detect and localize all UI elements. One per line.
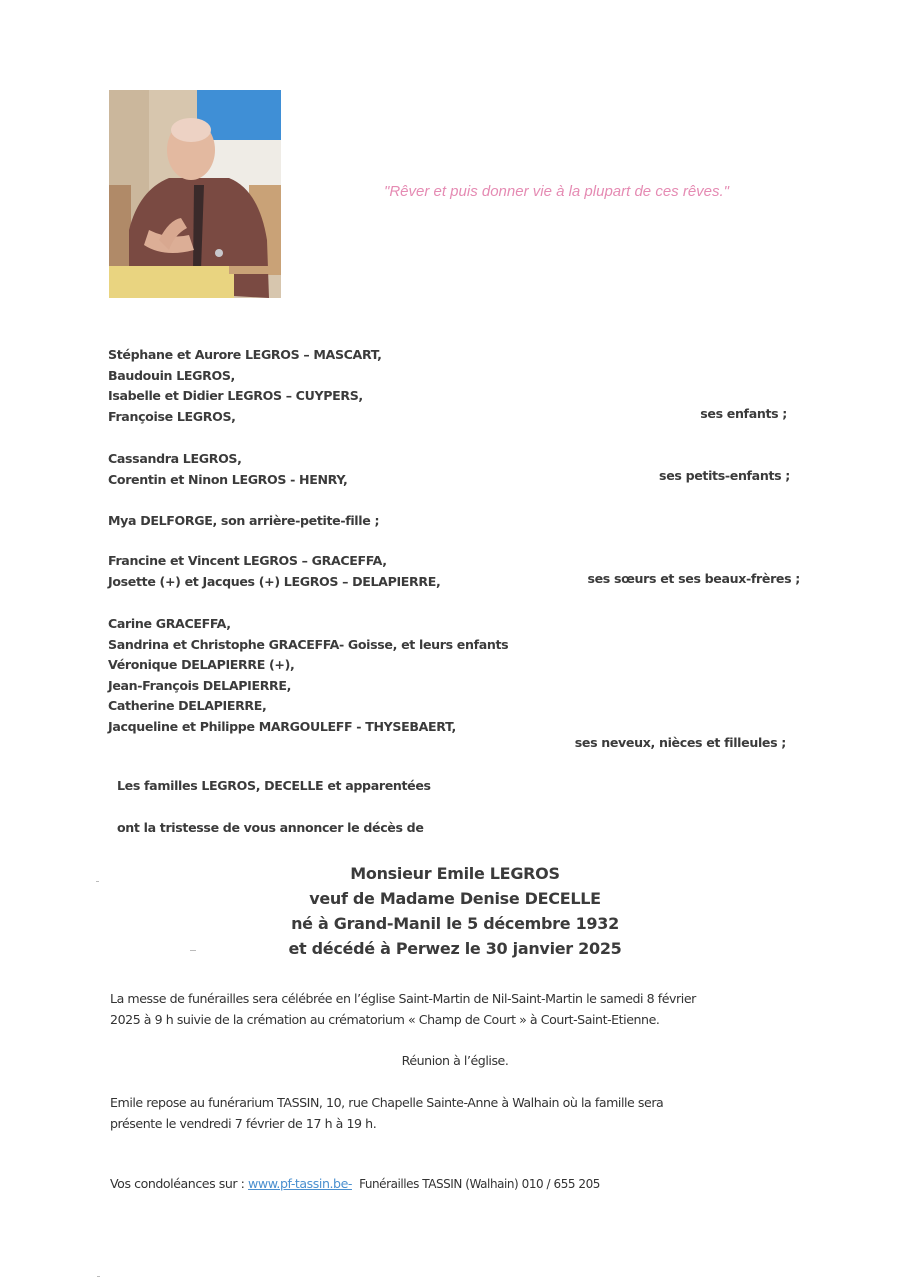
families-line: Les familles LEGROS, DECELLE et apparent… [117,776,431,797]
family-group-grandchildren: Cassandra LEGROS, Corentin et Ninon LEGR… [108,449,347,490]
family-name-line: Carine GRACEFFA, [108,614,508,635]
visitation-line: présente le vendredi 7 février de 17 h à… [110,1113,663,1134]
family-group-siblings: Francine et Vincent LEGROS – GRACEFFA, J… [108,551,440,592]
family-name-line: Francine et Vincent LEGROS – GRACEFFA, [108,551,440,572]
announcement-line: ont la tristesse de vous annoncer le déc… [117,818,424,839]
reunion-note: Réunion à l’église. [300,1050,610,1071]
family-group-children: Stéphane et Aurore LEGROS – MASCART, Bau… [108,345,382,427]
family-name-line: Mya DELFORGE, son arrière-petite-fille ; [108,511,379,532]
scan-speck [190,950,196,951]
visitation-line: Emile repose au funérarium TASSIN, 10, r… [110,1092,663,1113]
relation-siblings: ses sœurs et ses beaux-frères ; [560,569,800,590]
condolences-line: Vos condoléances sur : www.pf-tassin.be-… [110,1173,600,1195]
family-name-line: Jean-François DELAPIERRE, [108,676,508,697]
funeral-details: La messe de funérailles sera célébrée en… [110,988,696,1030]
family-name-line: Jacqueline et Philippe MARGOULEFF - THYS… [108,717,508,738]
portrait-photo-icon [109,90,281,298]
deceased-spouse: veuf de Madame Denise DECELLE [230,886,680,911]
family-name-line: Isabelle et Didier LEGROS – CUYPERS, [108,386,382,407]
family-name-line: Françoise LEGROS, [108,407,382,428]
condolences-link[interactable]: www.pf-tassin.be- [248,1176,352,1191]
deceased-block: Monsieur Emile LEGROS veuf de Madame Den… [230,861,680,961]
relation-nephews-nieces: ses neveux, nièces et filleules ; [540,733,786,754]
family-name-line: Stéphane et Aurore LEGROS – MASCART, [108,345,382,366]
relation-grandchildren: ses petits-enfants ; [600,466,790,487]
visitation-details: Emile repose au funérarium TASSIN, 10, r… [110,1092,663,1134]
family-name-line: Sandrina et Christophe GRACEFFA- Goisse,… [108,635,508,656]
funeral-home-contact: Funérailles TASSIN (Walhain) 010 / 655 2… [359,1177,600,1191]
family-group-nephews-nieces: Carine GRACEFFA, Sandrina et Christophe … [108,614,508,737]
scan-speck [97,1276,100,1277]
scan-speck [96,881,99,882]
funeral-line: 2025 à 9 h suivie de la crémation au cré… [110,1009,696,1030]
deceased-death: et décédé à Perwez le 30 janvier 2025 [230,936,680,961]
condolences-label: Vos condoléances sur : [110,1176,248,1191]
relation-children: ses enfants ; [600,404,787,425]
family-name-line: Catherine DELAPIERRE, [108,696,508,717]
family-name-line: Baudouin LEGROS, [108,366,382,387]
family-name-line: Corentin et Ninon LEGROS - HENRY, [108,470,347,491]
portrait-photo [109,90,281,298]
deceased-birth: né à Grand-Manil le 5 décembre 1932 [230,911,680,936]
family-name-line: Véronique DELAPIERRE (+), [108,655,508,676]
family-name-line: Josette (+) et Jacques (+) LEGROS – DELA… [108,572,440,593]
deceased-name: Monsieur Emile LEGROS [230,861,680,886]
family-group-great-granddaughter: Mya DELFORGE, son arrière-petite-fille ; [108,511,379,532]
memorial-quote: "Rêver et puis donner vie à la plupart d… [384,183,729,200]
funeral-line: La messe de funérailles sera célébrée en… [110,988,696,1009]
family-name-line: Cassandra LEGROS, [108,449,347,470]
